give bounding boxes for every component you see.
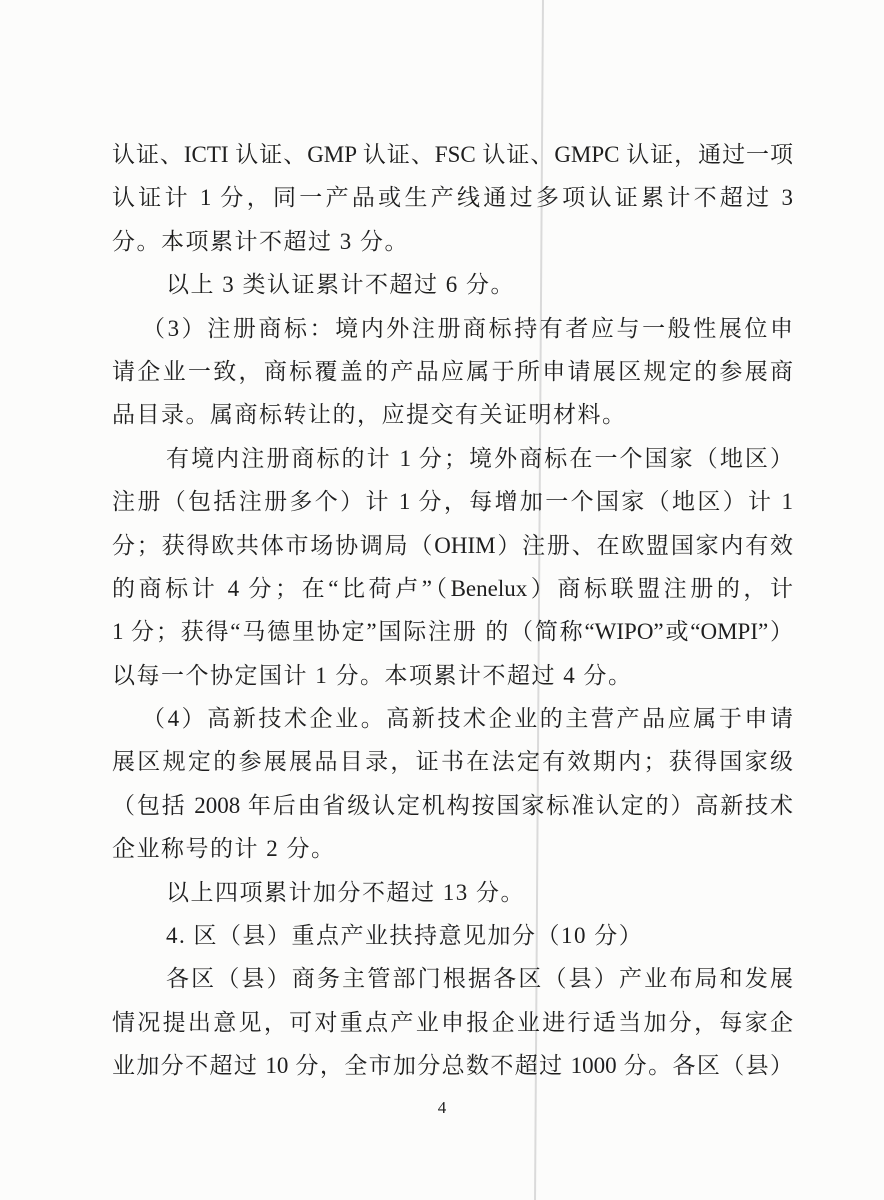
page-number: 4: [0, 1098, 884, 1118]
document-page: 认证、ICTI 认证、GMP 认证、FSC 认证、GMPC 认证，通过一项认证计…: [0, 0, 884, 1200]
text-line: 1 分；获得“马德里协定”国际注册 的（简称“WIPO”或“OMPI”）: [112, 610, 793, 653]
text-line: 分。本项累计不超过 3 分。: [112, 220, 793, 263]
text-line: 以每一个协定国计 1 分。本项累计不超过 4 分。: [112, 654, 793, 697]
text-line: （4）高新技术企业。高新技术企业的主营产品应属于申请: [112, 697, 793, 740]
text-line: 认证计 1 分，同一产品或生产线通过多项认证累计不超过 3: [112, 176, 793, 219]
text-line: 的商标计 4 分；在“比荷卢”（Benelux）商标联盟注册的，计: [112, 567, 793, 610]
text-line: 品目录。属商标转让的，应提交有关证明材料。: [112, 393, 793, 436]
text-line: 4. 区（县）重点产业扶持意见加分（10 分）: [112, 914, 793, 957]
text-line: （3）注册商标：境内外注册商标持有者应与一般性展位申: [112, 307, 793, 350]
text-line: 情况提出意见，可对重点产业申报企业进行适当加分，每家企: [112, 1001, 793, 1044]
text-line: 业加分不超过 10 分，全市加分总数不超过 1000 分。各区（县）: [112, 1044, 793, 1087]
text-line: 企业称号的计 2 分。: [112, 827, 793, 870]
text-line: 分；获得欧共体市场协调局（OHIM）注册、在欧盟国家内有效: [112, 524, 793, 567]
text-line: 展区规定的参展展品目录，证书在法定有效期内；获得国家级: [112, 740, 793, 783]
text-line: 有境内注册商标的计 1 分；境外商标在一个国家（地区）: [112, 437, 793, 480]
text-line: 以上 3 类认证累计不超过 6 分。: [112, 263, 793, 306]
text-line: 认证、ICTI 认证、GMP 认证、FSC 认证、GMPC 认证，通过一项: [112, 133, 793, 176]
document-text-block: 认证、ICTI 认证、GMP 认证、FSC 认证、GMPC 认证，通过一项认证计…: [112, 133, 793, 1088]
text-line: 以上四项累计加分不超过 13 分。: [112, 871, 793, 914]
text-line: （包括 2008 年后由省级认定机构按国家标准认定的）高新技术: [112, 784, 793, 827]
text-line: 请企业一致，商标覆盖的产品应属于所申请展区规定的参展商: [112, 350, 793, 393]
text-line: 注册（包括注册多个）计 1 分，每增加一个国家（地区）计 1: [112, 480, 793, 523]
text-line: 各区（县）商务主管部门根据各区（县）产业布局和发展: [112, 957, 793, 1000]
